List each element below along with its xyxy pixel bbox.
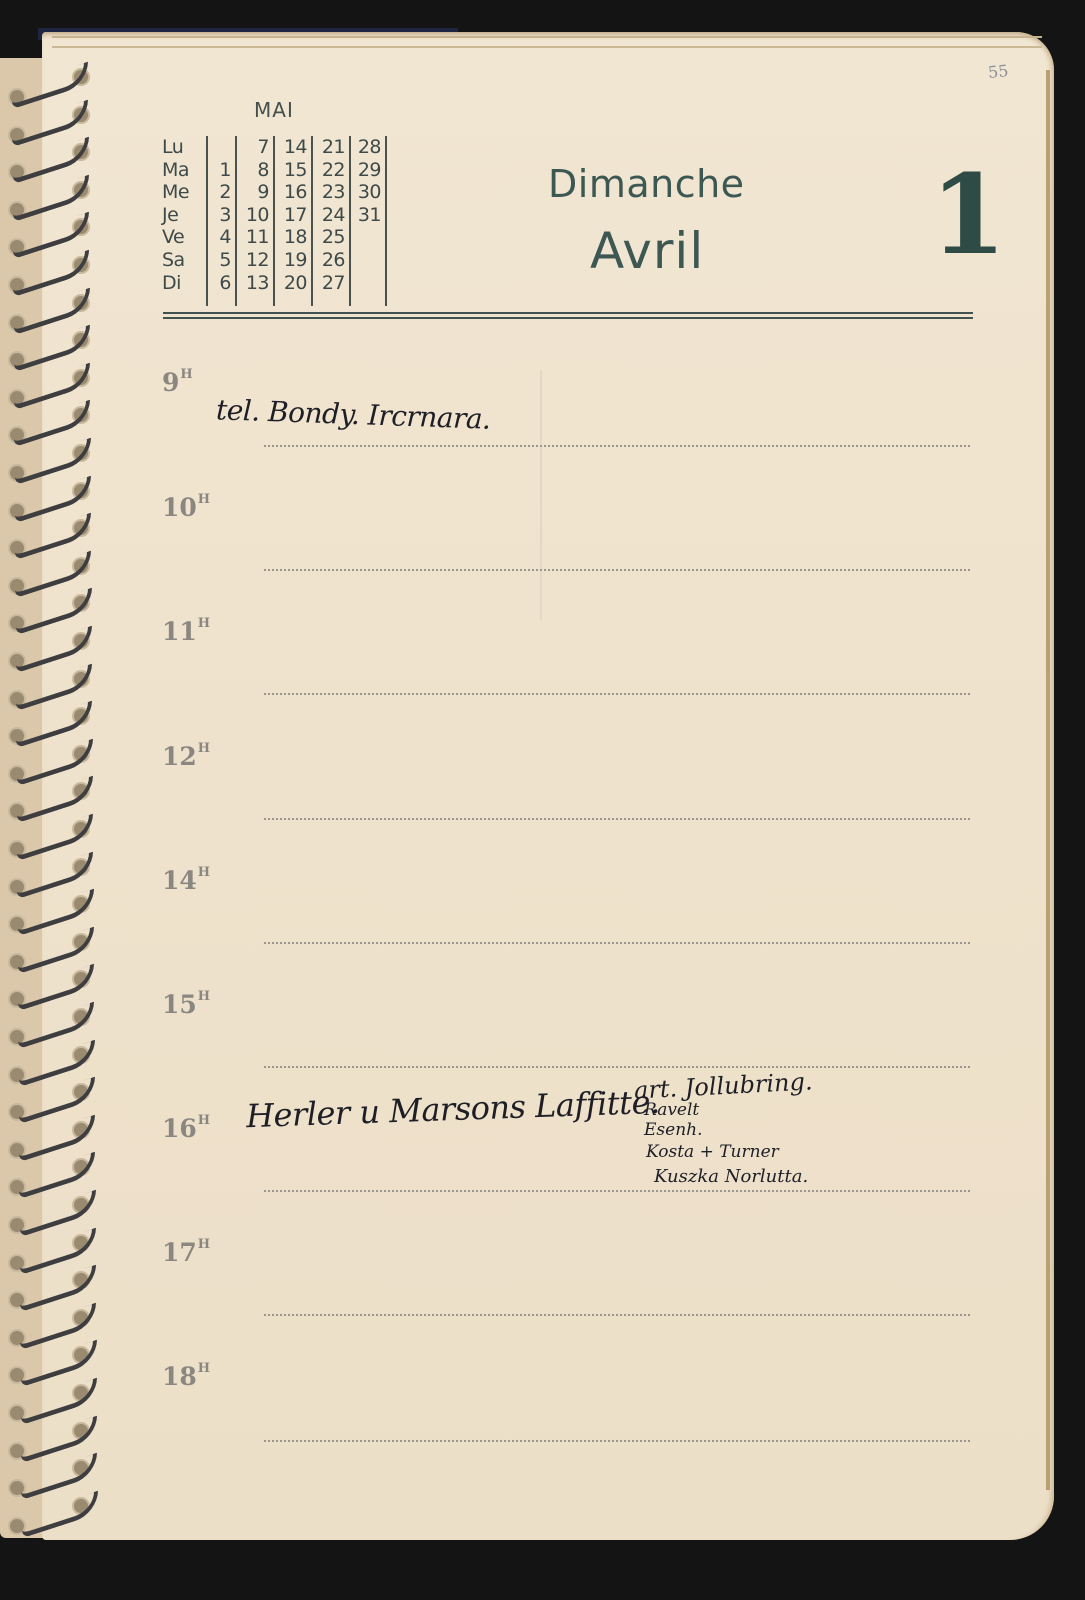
writing-line [264,1066,970,1068]
spiral-coil [20,1190,96,1238]
date-cell: 17 [275,204,307,227]
date-cell: 23 [313,181,345,204]
day-label: Me [162,181,206,204]
day-label: Sa [162,249,206,272]
writing-line [264,569,970,571]
header-double-rule [163,312,973,319]
spiral-binding [0,60,110,1540]
day-label: Ma [162,159,206,182]
writing-line [264,1190,970,1192]
list-item: Esenh. [644,1120,813,1140]
day-label: Di [162,272,206,295]
day-number: 1 [930,160,1007,270]
date-cell: 22 [313,159,345,182]
handwritten-list-16h: art. Jollubring. Ravelt Esenh. Kosta + T… [634,1072,813,1187]
date-cell: 30 [351,181,381,204]
day-label: Je [162,204,206,227]
hour-label-11: 11H [162,617,210,646]
hour-label-17: 17H [162,1238,210,1267]
spiral-coil [22,1490,98,1538]
mini-calendar-week-2: 7 8 9 10 11 12 13 [235,136,273,306]
list-item: Ravelt [644,1100,813,1120]
date-cell: 5 [208,249,231,272]
hour-label-14: 14H [162,866,210,895]
page-right-edge [1046,70,1050,1490]
date-cell: 16 [275,181,307,204]
list-item: Kosta + Turner [646,1142,813,1162]
date-cell: 14 [275,136,307,159]
date-cell: 7 [237,136,269,159]
writing-line [264,818,970,820]
date-cell: 21 [313,136,345,159]
hour-label-15: 15H [162,990,210,1019]
mini-calendar-grid: Lu Ma Me Je Ve Sa Di 1 2 3 4 5 6 7 8 9 1… [162,136,387,306]
month-heading: Avril [590,222,704,280]
hour-label-10: 10H [162,493,210,522]
date-cell: 1 [208,159,231,182]
date-cell: 3 [208,204,231,227]
date-cell: 28 [351,136,381,159]
page-stack-edge [52,36,1042,48]
mini-calendar-day-labels: Lu Ma Me Je Ve Sa Di [162,136,206,306]
date-cell [351,226,381,249]
date-cell: 15 [275,159,307,182]
date-cell: 13 [237,272,269,295]
date-cell: 8 [237,159,269,182]
date-cell: 12 [237,249,269,272]
list-item: Kuszka Norlutta. [654,1166,813,1187]
date-cell: 2 [208,181,231,204]
hour-label-16: 16H [162,1114,210,1143]
date-cell: 4 [208,226,231,249]
mini-calendar-week-5: 28 29 30 31 [349,136,387,306]
spiral-coil [15,438,91,486]
writing-line [264,1440,970,1442]
date-cell: 6 [208,272,231,295]
date-cell: 25 [313,226,345,249]
day-label: Ve [162,226,206,249]
date-cell: 27 [313,272,345,295]
date-cell: 19 [275,249,307,272]
date-cell: 29 [351,159,381,182]
date-cell: 10 [237,204,269,227]
date-cell: 20 [275,272,307,295]
date-cell: 18 [275,226,307,249]
date-cell [208,136,231,159]
mini-calendar-week-4: 21 22 23 24 25 26 27 [311,136,349,306]
mini-calendar-title: MAI [254,98,294,122]
writing-line [264,445,970,447]
hour-label-12: 12H [162,742,210,771]
mini-calendar-week-1: 1 2 3 4 5 6 [206,136,235,306]
weekday-heading: Dimanche [548,162,745,206]
day-label: Lu [162,136,206,159]
page-number: 55 [987,61,1009,82]
date-cell [351,272,381,295]
writing-line [264,693,970,695]
writing-line [264,1314,970,1316]
date-cell: 26 [313,249,345,272]
mini-calendar-week-3: 14 15 16 17 18 19 20 [273,136,311,306]
date-cell: 9 [237,181,269,204]
date-cell [351,249,381,272]
date-cell: 11 [237,226,269,249]
writing-line [264,942,970,944]
date-cell: 24 [313,204,345,227]
date-cell: 31 [351,204,381,227]
hour-label-9: 9H [162,368,193,397]
bleed-through-mark [540,370,542,620]
hour-label-18: 18H [162,1362,210,1391]
